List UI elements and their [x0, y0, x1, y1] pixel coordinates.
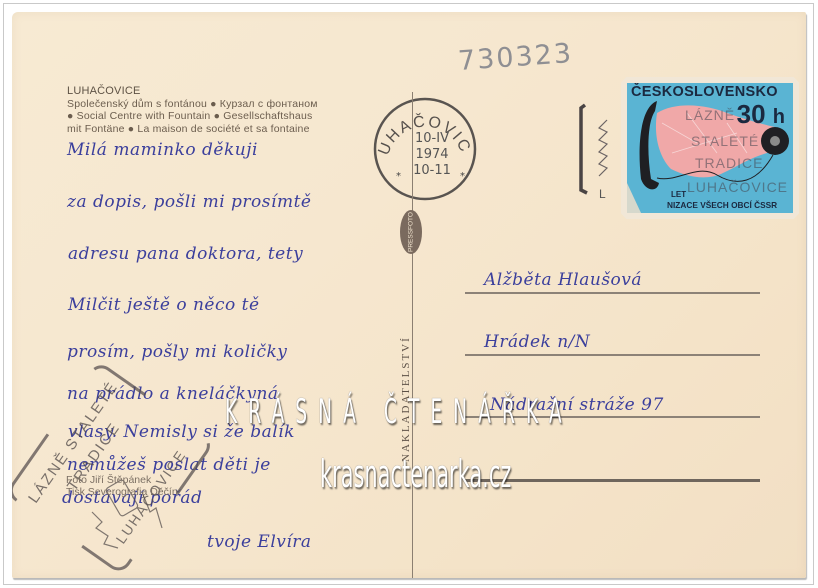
pressfoto-logo: PRESSFOTO [400, 210, 422, 254]
message-line: prosím, pošly mi količky [67, 342, 287, 362]
printed-caption: LUHAČOVICE Společenský dům s fontánou ● … [67, 85, 318, 135]
watermark-url: krasnactenarka.cz [320, 452, 511, 496]
phone-handset-icon [640, 101, 659, 189]
message-line: Milá maminko děkuji [67, 140, 258, 160]
credit-print: Tisk Severografia Děčín [66, 486, 178, 498]
stamp-caption-2: NIZACE VŠECH OBCÍ ČSSR [667, 200, 777, 210]
postmark: LUHAČOVICE 10-IV 1974 10-11 * * [370, 94, 490, 204]
caption-line-1: Společenský dům s fontánou ● Курзал с фо… [67, 98, 318, 111]
svg-text:*: * [460, 171, 465, 182]
cancel-mark: L [577, 100, 617, 200]
stamp-caption-1: LET [671, 190, 686, 199]
caption-line-2: ● Social Centre with Fountain ● Gesellsc… [67, 110, 318, 123]
signature: tvoje Elvíra [207, 532, 312, 552]
caption-title: LUHAČOVICE [67, 85, 318, 98]
pencil-number: 730323 [457, 38, 574, 77]
center-divider [412, 92, 413, 578]
stamp-value: 30 h [737, 99, 785, 130]
address-town: Hrádek n/N [484, 332, 590, 352]
message-line: za dopis, pošli mi prosímtě [67, 192, 311, 212]
caption-line-3: mit Fontäne ● La maison de société et sa… [67, 123, 318, 136]
svg-text:*: * [396, 171, 401, 182]
credit-photo: Foto Jiří Štěpánek [66, 474, 178, 486]
spa-cachet-stamp: LÁZNĚ STALETÉ TRADICE LUHAČOVICE [12, 362, 212, 578]
address-line-2 [465, 354, 760, 356]
address-name: Alžběta Hlaušová [484, 270, 642, 290]
message-line: Milčit ještě o něco tě [68, 295, 260, 315]
postage-stamp: ČESKOSLOVENSKO 30 h LÁZNĚ STALETÉ TRADIC… [621, 77, 799, 219]
postmark-date: 10-IV [415, 131, 449, 146]
message-line: adresu pana doktora, tety [68, 244, 303, 264]
overprint-line-1: LÁZNĚ [685, 107, 735, 123]
stamp-country: ČESKOSLOVENSKO [631, 84, 778, 100]
postmark-time: 10-11 [413, 163, 451, 178]
overprint-line-3: TRADICE [695, 155, 763, 171]
overprint-line-4: LUHAČOVICE [687, 179, 788, 195]
postcard: LUHAČOVICE Společenský dům s fontánou ● … [12, 12, 806, 578]
address-line-1 [465, 292, 760, 294]
overprint-line-2: STALETÉ [691, 133, 759, 149]
cancel-letter: L [599, 187, 606, 200]
print-credits: Foto Jiří Štěpánek Tisk Severografia Děč… [66, 474, 178, 498]
watermark-title: KRÁSNÁ ČTENÁŘKA [225, 392, 573, 432]
postmark-year: 1974 [415, 147, 448, 162]
